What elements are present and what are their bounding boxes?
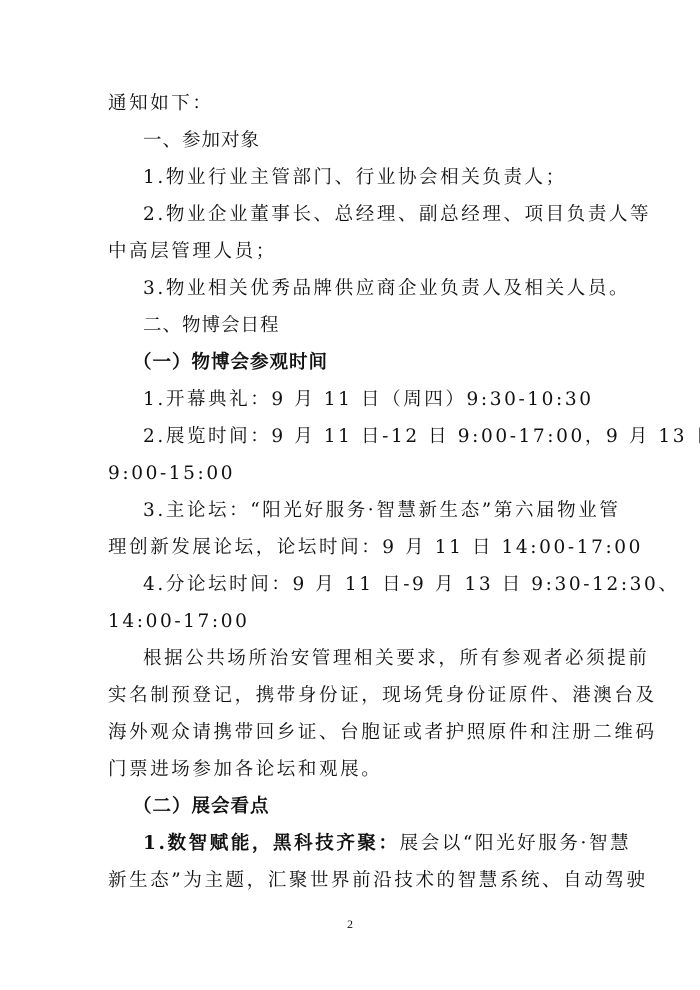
highlight-item-1-cont: 新生态”为主题，汇聚世界前沿技术的智慧系统、自动驾驶	[108, 869, 598, 893]
intro-text: 通知如下：	[108, 92, 598, 116]
participant-item-2-cont: 中高层管理人员；	[108, 240, 598, 264]
participant-item-1: 1.物业行业主管部门、行业协会相关负责人；	[143, 166, 633, 190]
schedule-main-forum-cont: 理创新发展论坛，论坛时间：9 月 11 日 14:00-17:00	[108, 536, 598, 560]
page-number: 2	[0, 917, 700, 931]
schedule-opening: 1.开幕典礼：9 月 11 日（周四）9:30-10:30	[143, 388, 633, 412]
highlight-item-1-title: 1.数智赋能，黑科技齐聚：	[143, 833, 400, 854]
notice-line-1: 根据公共场所治安管理相关要求，所有参观者必须提前	[143, 647, 633, 671]
notice-line-2: 实名制预登记，携带身份证，现场凭身份证原件、港澳台及	[108, 684, 598, 708]
notice-line-4: 门票进场参加各论坛和观展。	[108, 758, 598, 782]
highlight-item-1-text: 展会以“阳光好服务·智慧	[400, 833, 632, 854]
subheading-highlights: （二）展会看点	[133, 795, 623, 819]
schedule-exhibition-cont: 9:00-15:00	[108, 462, 598, 486]
participant-item-3: 3.物业相关优秀品牌供应商企业负责人及相关人员。	[143, 277, 633, 301]
document-page: 通知如下： 一、参加对象 1.物业行业主管部门、行业协会相关负责人； 2.物业企…	[0, 0, 700, 990]
schedule-exhibition: 2.展览时间：9 月 11 日-12 日 9:00-17:00，9 月 13 日	[143, 425, 633, 449]
section-heading-schedule: 二、物博会日程	[143, 314, 633, 338]
highlight-item-1: 1.数智赋能，黑科技齐聚：展会以“阳光好服务·智慧	[143, 832, 633, 856]
participant-item-2: 2.物业企业董事长、总经理、副总经理、项目负责人等	[143, 203, 633, 227]
notice-line-3: 海外观众请携带回乡证、台胞证或者护照原件和注册二维码	[108, 721, 598, 745]
section-heading-participants: 一、参加对象	[143, 129, 633, 153]
schedule-main-forum: 3.主论坛：“阳光好服务·智慧新生态”第六届物业管	[143, 499, 633, 523]
subheading-visit-time: （一）物博会参观时间	[133, 351, 623, 375]
schedule-sub-forum: 4.分论坛时间：9 月 11 日-9 月 13 日 9:30-12:30、	[143, 573, 633, 597]
schedule-sub-forum-cont: 14:00-17:00	[108, 610, 598, 634]
